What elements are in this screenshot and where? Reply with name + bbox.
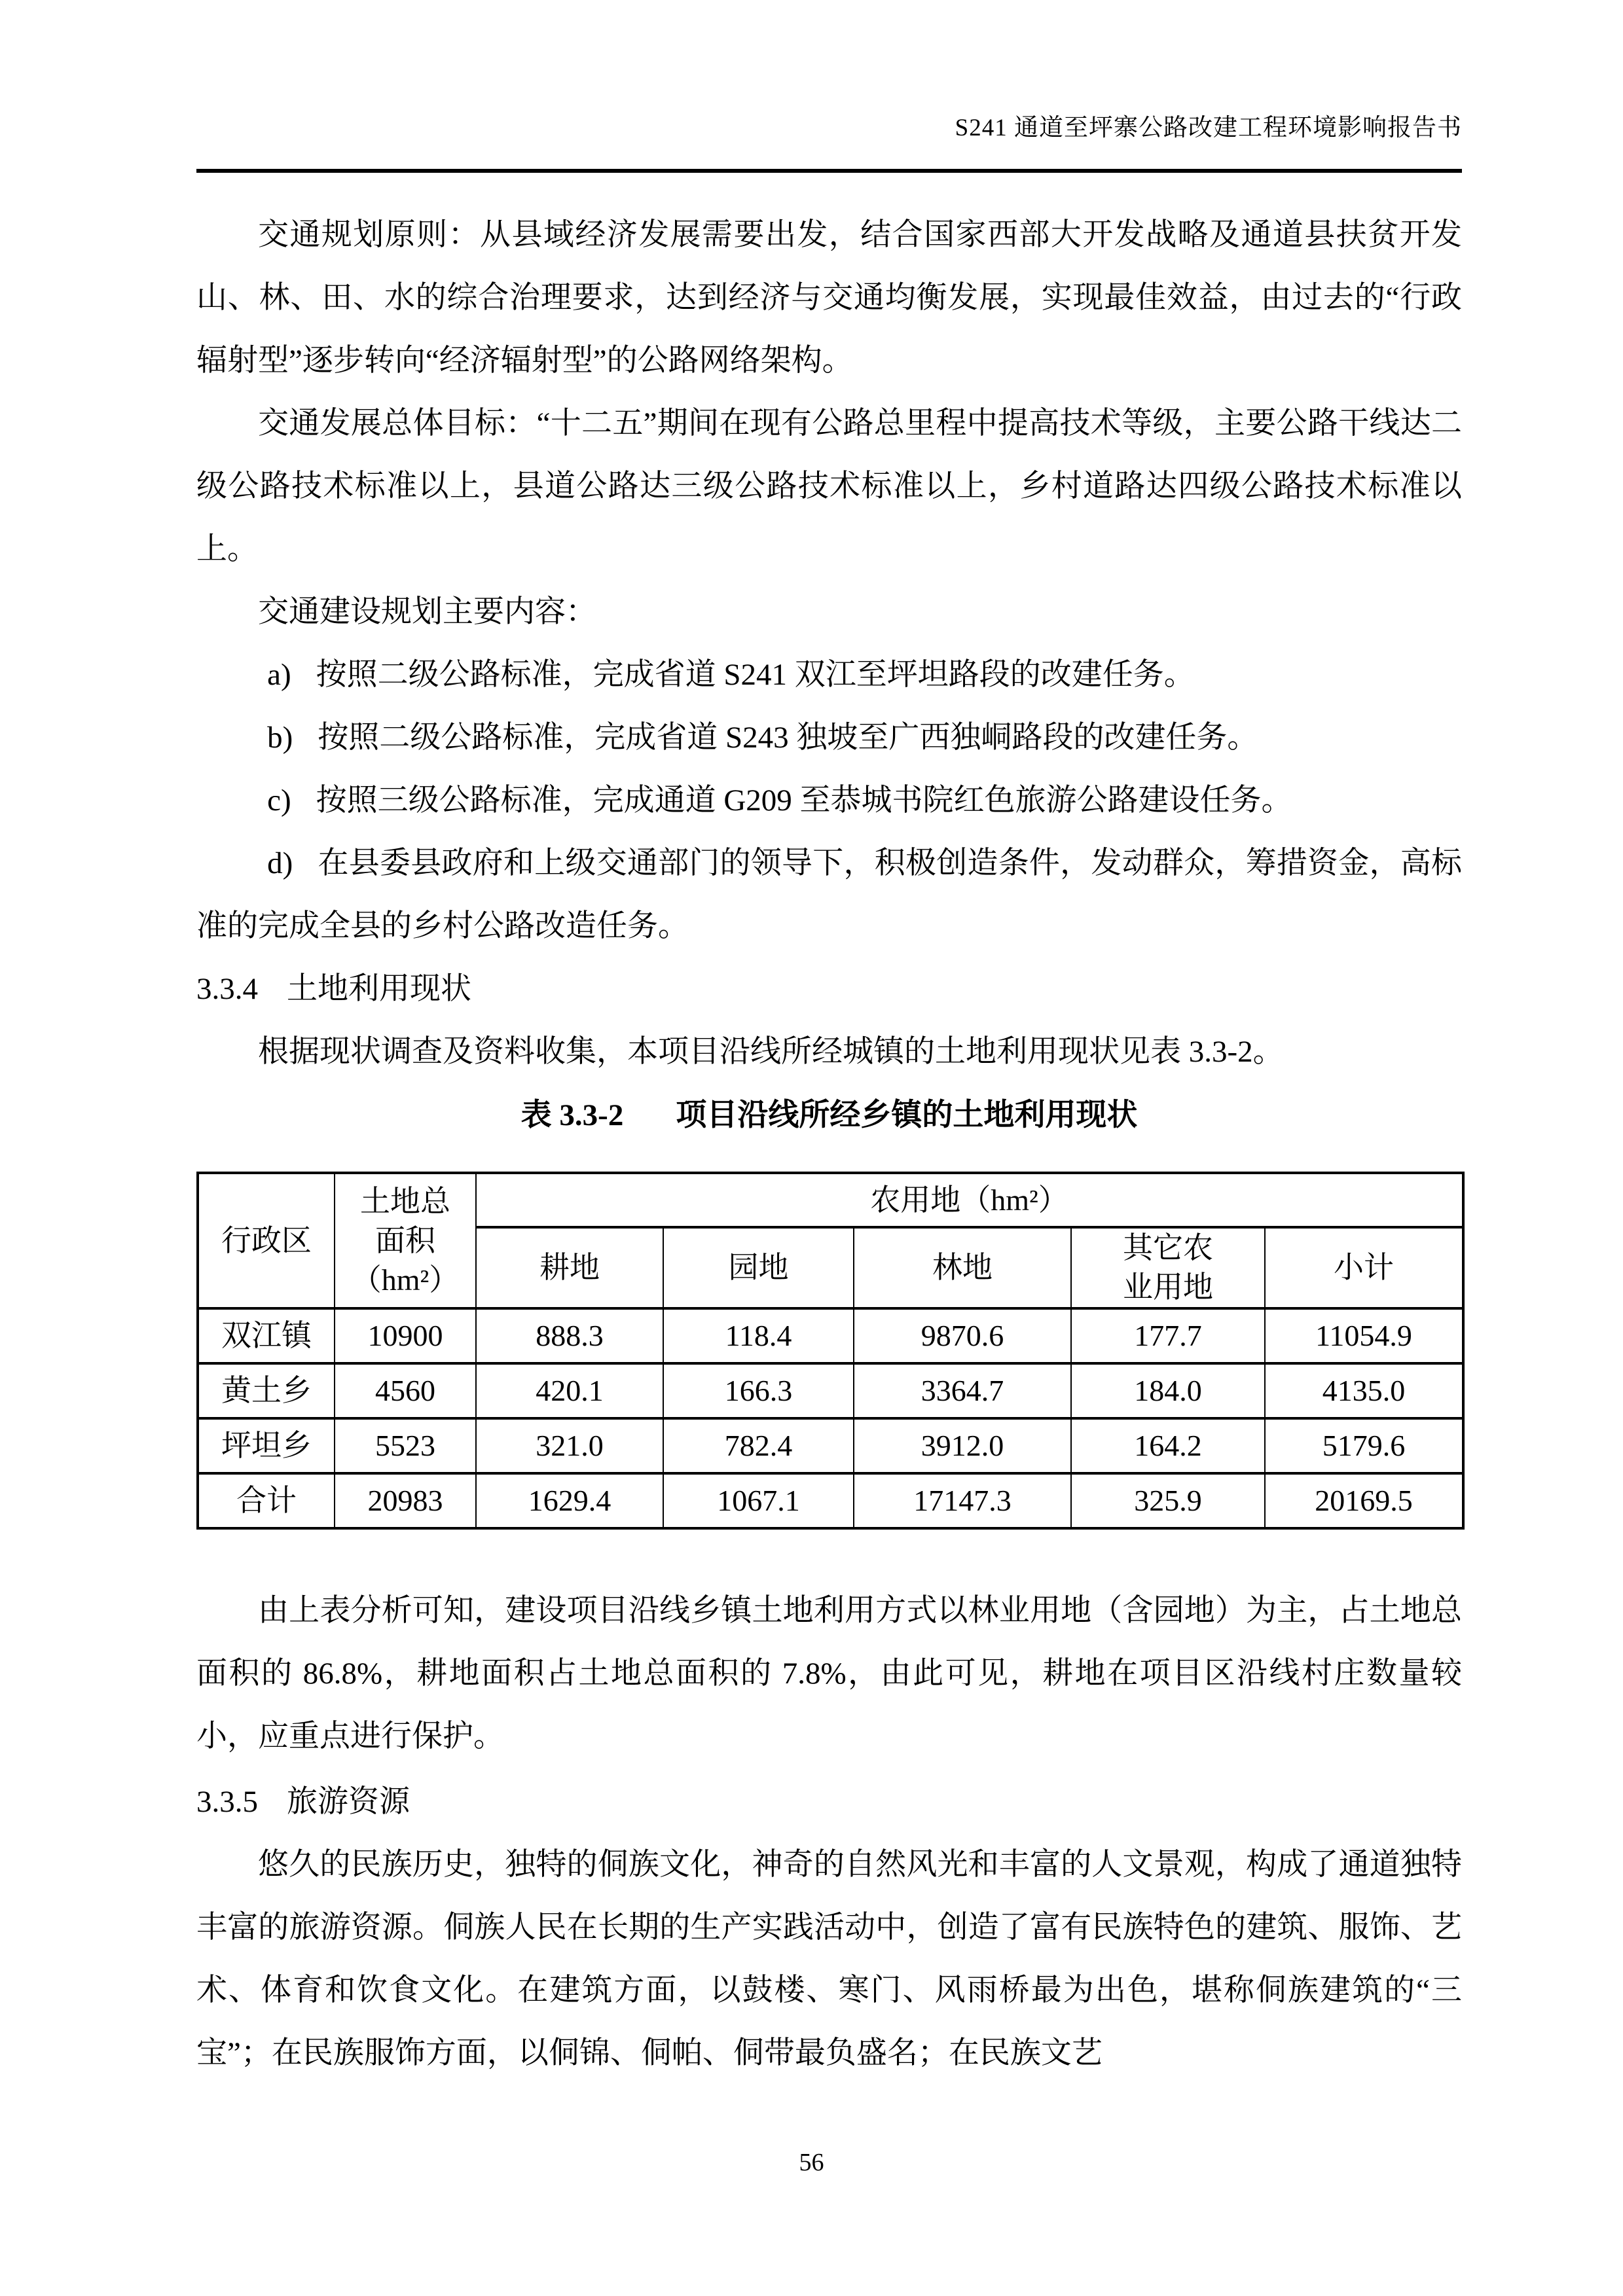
list-item-c: c)按照三级公路标准，完成通道 G209 至恭城书院红色旅游公路建设任务。 (196, 769, 1462, 832)
paragraph-plan-content-lead: 交通建设规划主要内容： (196, 581, 1462, 643)
list-marker: c) (267, 783, 291, 817)
header-cell-total-area: 土地总 面积 （hm²） (335, 1173, 476, 1308)
list-item-a: a)按照二级公路标准，完成省道 S241 双江至坪坦路段的改建任务。 (196, 643, 1462, 706)
cell-region-name: 坪坦乡 (198, 1418, 335, 1473)
paragraph-table-reference: 根据现状调查及资料收集，本项目沿线所经城镇的土地利用现状见表 3.3-2。 (196, 1020, 1462, 1083)
header-cell-admin-region: 行政区 (198, 1173, 335, 1308)
list-marker: b) (267, 721, 293, 755)
cell-garden: 782.4 (663, 1418, 854, 1473)
header-cell-farmland: 耕地 (476, 1227, 663, 1308)
cell-other-agri: 325.9 (1071, 1473, 1265, 1528)
cell-region-name: 合计 (198, 1473, 335, 1528)
section-title: 旅游资源 (287, 1785, 410, 1819)
document-page: S241 通道至坪寨公路改建工程环境影响报告书 交通规划原则：从县域经济发展需要… (0, 0, 1623, 2296)
table-row-pingtan: 坪坦乡 5523 321.0 782.4 3912.0 164.2 5179.6 (198, 1418, 1463, 1473)
cell-other-agri: 164.2 (1071, 1418, 1265, 1473)
paragraph-traffic-principle: 交通规划原则：从县域经济发展需要出发，结合国家西部大开发战略及通道县扶贫开发山、… (196, 204, 1462, 392)
cell-forest: 3912.0 (854, 1418, 1071, 1473)
cell-forest: 9870.6 (854, 1308, 1071, 1363)
list-marker: d) (267, 846, 293, 880)
cell-total-area: 20983 (335, 1473, 476, 1528)
header-cell-other-agri: 其它农 业用地 (1071, 1227, 1265, 1308)
header-cell-forest: 林地 (854, 1227, 1071, 1308)
cell-farmland: 1629.4 (476, 1473, 663, 1528)
land-use-table: 行政区 土地总 面积 （hm²） 农用地（hm²） 耕地 园地 林地 其它农 业… (196, 1172, 1465, 1530)
paragraph-traffic-goal: 交通发展总体目标：“十二五”期间在现有公路总里程中提高技术等级，主要公路干线达二… (196, 392, 1462, 581)
header-cell-agri-group: 农用地（hm²） (476, 1173, 1463, 1227)
cell-total-area: 4560 (335, 1363, 476, 1418)
list-item-text: 按照二级公路标准，完成省道 S241 双江至坪坦路段的改建任务。 (316, 658, 1195, 692)
list-marker: a) (267, 658, 291, 692)
paragraph-tourism-resources: 悠久的民族历史，独特的侗族文化，神奇的自然风光和丰富的人文景观，构成了通道独特丰… (196, 1833, 1462, 2085)
section-number: 3.3.4 (196, 972, 258, 1006)
cell-region-name: 双江镇 (198, 1308, 335, 1363)
header-rule (196, 169, 1462, 173)
list-item-b: b)按照二级公路标准，完成省道 S243 独坡至广西独峒路段的改建任务。 (196, 706, 1462, 769)
section-heading-3-3-4: 3.3.4土地利用现状 (196, 958, 1462, 1020)
cell-farmland: 420.1 (476, 1363, 663, 1418)
cell-forest: 3364.7 (854, 1363, 1071, 1418)
cell-subtotal: 20169.5 (1265, 1473, 1463, 1528)
header-cell-garden: 园地 (663, 1227, 854, 1308)
cell-other-agri: 177.7 (1071, 1308, 1265, 1363)
cell-garden: 118.4 (663, 1308, 854, 1363)
list-item-text: 按照二级公路标准，完成省道 S243 独坡至广西独峒路段的改建任务。 (318, 721, 1258, 755)
paragraph-table-analysis: 由上表分析可知，建设项目沿线乡镇土地利用方式以林业用地（含园地）为主，占土地总面… (196, 1579, 1462, 1768)
cell-total-area: 10900 (335, 1308, 476, 1363)
cell-forest: 17147.3 (854, 1473, 1071, 1528)
header-cell-subtotal: 小计 (1265, 1227, 1463, 1308)
cell-subtotal: 5179.6 (1265, 1418, 1463, 1473)
table-caption-text: 项目沿线所经乡镇的土地利用现状 (676, 1097, 1137, 1132)
cell-garden: 166.3 (663, 1363, 854, 1418)
page-body: 交通规划原则：从县域经济发展需要出发，结合国家西部大开发战略及通道县扶贫开发山、… (196, 204, 1462, 2085)
section-title: 土地利用现状 (287, 972, 471, 1006)
cell-garden: 1067.1 (663, 1473, 854, 1528)
table-row-huangtu: 黄土乡 4560 420.1 166.3 3364.7 184.0 4135.0 (198, 1363, 1463, 1418)
list-item-text: 在县委县政府和上级交通部门的领导下，积极创造条件，发动群众，筹措资金，高标准的完… (196, 846, 1462, 943)
cell-total-area: 5523 (335, 1418, 476, 1473)
cell-other-agri: 184.0 (1071, 1363, 1265, 1418)
list-item-text: 按照三级公路标准，完成通道 G209 至恭城书院红色旅游公路建设任务。 (316, 783, 1292, 817)
table-row-shuangjiang: 双江镇 10900 888.3 118.4 9870.6 177.7 11054… (198, 1308, 1463, 1363)
page-number: 56 (0, 2147, 1623, 2178)
cell-subtotal: 11054.9 (1265, 1308, 1463, 1363)
cell-region-name: 黄土乡 (198, 1363, 335, 1418)
cell-farmland: 888.3 (476, 1308, 663, 1363)
section-heading-3-3-5: 3.3.5旅游资源 (196, 1770, 1462, 1833)
cell-subtotal: 4135.0 (1265, 1363, 1463, 1418)
table-caption: 表 3.3-2项目沿线所经乡镇的土地利用现状 (196, 1083, 1462, 1147)
running-header-title: S241 通道至坪寨公路改建工程环境影响报告书 (196, 113, 1462, 144)
section-number: 3.3.5 (196, 1785, 258, 1819)
table-row-total: 合计 20983 1629.4 1067.1 17147.3 325.9 201… (198, 1473, 1463, 1528)
table-caption-label: 表 3.3-2 (521, 1098, 624, 1132)
table-header-row-1: 行政区 土地总 面积 （hm²） 农用地（hm²） (198, 1173, 1463, 1227)
list-item-d: d)在县委县政府和上级交通部门的领导下，积极创造条件，发动群众，筹措资金，高标准… (196, 832, 1462, 958)
cell-farmland: 321.0 (476, 1418, 663, 1473)
